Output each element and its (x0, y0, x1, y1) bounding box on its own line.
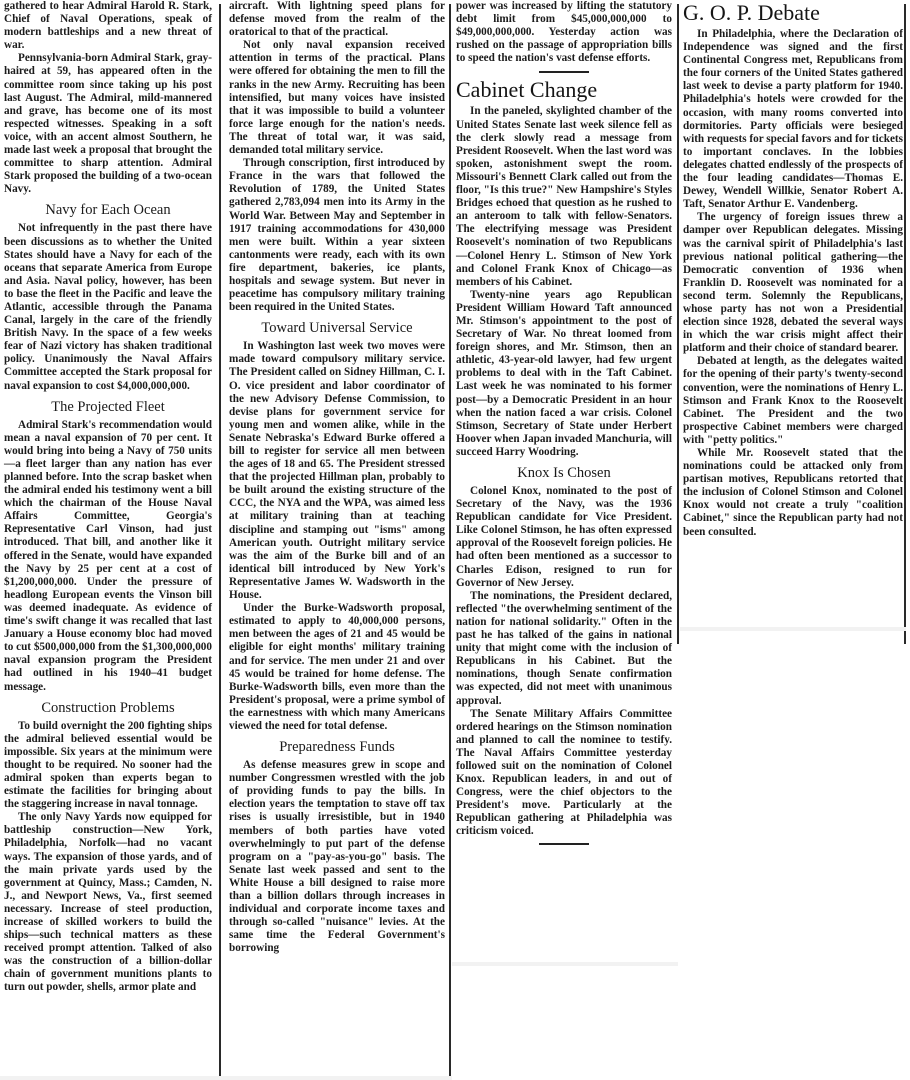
article-end-rule (539, 843, 589, 845)
paragraph: The only Navy Yards now equipped for bat… (4, 811, 212, 994)
paragraph: Debated at length, as the delegates wait… (683, 355, 903, 447)
paragraph: Through conscription, first introduced b… (229, 157, 445, 314)
paragraph: In Washington last week two moves were m… (229, 340, 445, 602)
paragraph: The nominations, the President declared,… (456, 590, 672, 708)
paragraph: In Philadelphia, where the Declaration o… (683, 28, 903, 211)
paragraph: Pennsylvania-born Admiral Stark, gray-ha… (4, 52, 212, 196)
paragraph: Not infrequently in the past there have … (4, 222, 212, 392)
section-heading-construction-problems: Construction Problems (4, 699, 212, 717)
headline-gop-debate: G. O. P. Debate (683, 0, 903, 26)
section-heading-preparedness-funds: Preparedness Funds (229, 738, 445, 756)
headline-cabinet-change: Cabinet Change (456, 77, 672, 103)
column-rule-3 (677, 4, 679, 644)
paragraph: gathered to hear Admiral Harold R. Stark… (4, 0, 212, 52)
paragraph: In the paneled, skylighted chamber of th… (456, 105, 672, 288)
clipping-edge-col4 (680, 627, 906, 631)
paragraph: aircraft. With lightning speed plans for… (229, 0, 445, 39)
article-column-1: gathered to hear Admiral Harold R. Stark… (4, 0, 212, 995)
paragraph: Admiral Stark's recommendation would mea… (4, 419, 212, 694)
column-rule-1 (219, 4, 221, 1076)
section-heading-projected-fleet: The Projected Fleet (4, 398, 212, 416)
paragraph: Not only naval expansion received attent… (229, 39, 445, 157)
paragraph: Colonel Knox, nominated to the post of S… (456, 485, 672, 590)
section-heading-toward-universal-service: Toward Universal Service (229, 319, 445, 337)
article-column-4: G. O. P. Debate In Philadelphia, where t… (683, 0, 903, 539)
column-rule-right (904, 4, 906, 644)
paragraph: The Senate Military Affairs Committee or… (456, 708, 672, 839)
article-column-3: power was increased by lifting the statu… (456, 0, 672, 845)
paragraph: While Mr. Roosevelt stated that the nomi… (683, 447, 903, 539)
paragraph: Twenty-nine years ago Republican Preside… (456, 289, 672, 459)
clipping-edge-col1-2 (0, 1076, 452, 1080)
paragraph: To build overnight the 200 fighting ship… (4, 720, 212, 812)
paragraph: power was increased by lifting the statu… (456, 0, 672, 65)
article-column-2: aircraft. With lightning speed plans for… (229, 0, 445, 955)
section-divider (539, 71, 589, 73)
paragraph: Under the Burke-Wadsworth proposal, esti… (229, 602, 445, 733)
section-heading-navy-for-each-ocean: Navy for Each Ocean (4, 201, 212, 219)
section-heading-knox-is-chosen: Knox Is Chosen (456, 464, 672, 482)
paragraph: As defense measures grew in scope and nu… (229, 759, 445, 955)
column-rule-2 (449, 4, 451, 1076)
paragraph: The urgency of foreign issues threw a da… (683, 211, 903, 355)
clipping-edge-col3 (452, 962, 678, 966)
